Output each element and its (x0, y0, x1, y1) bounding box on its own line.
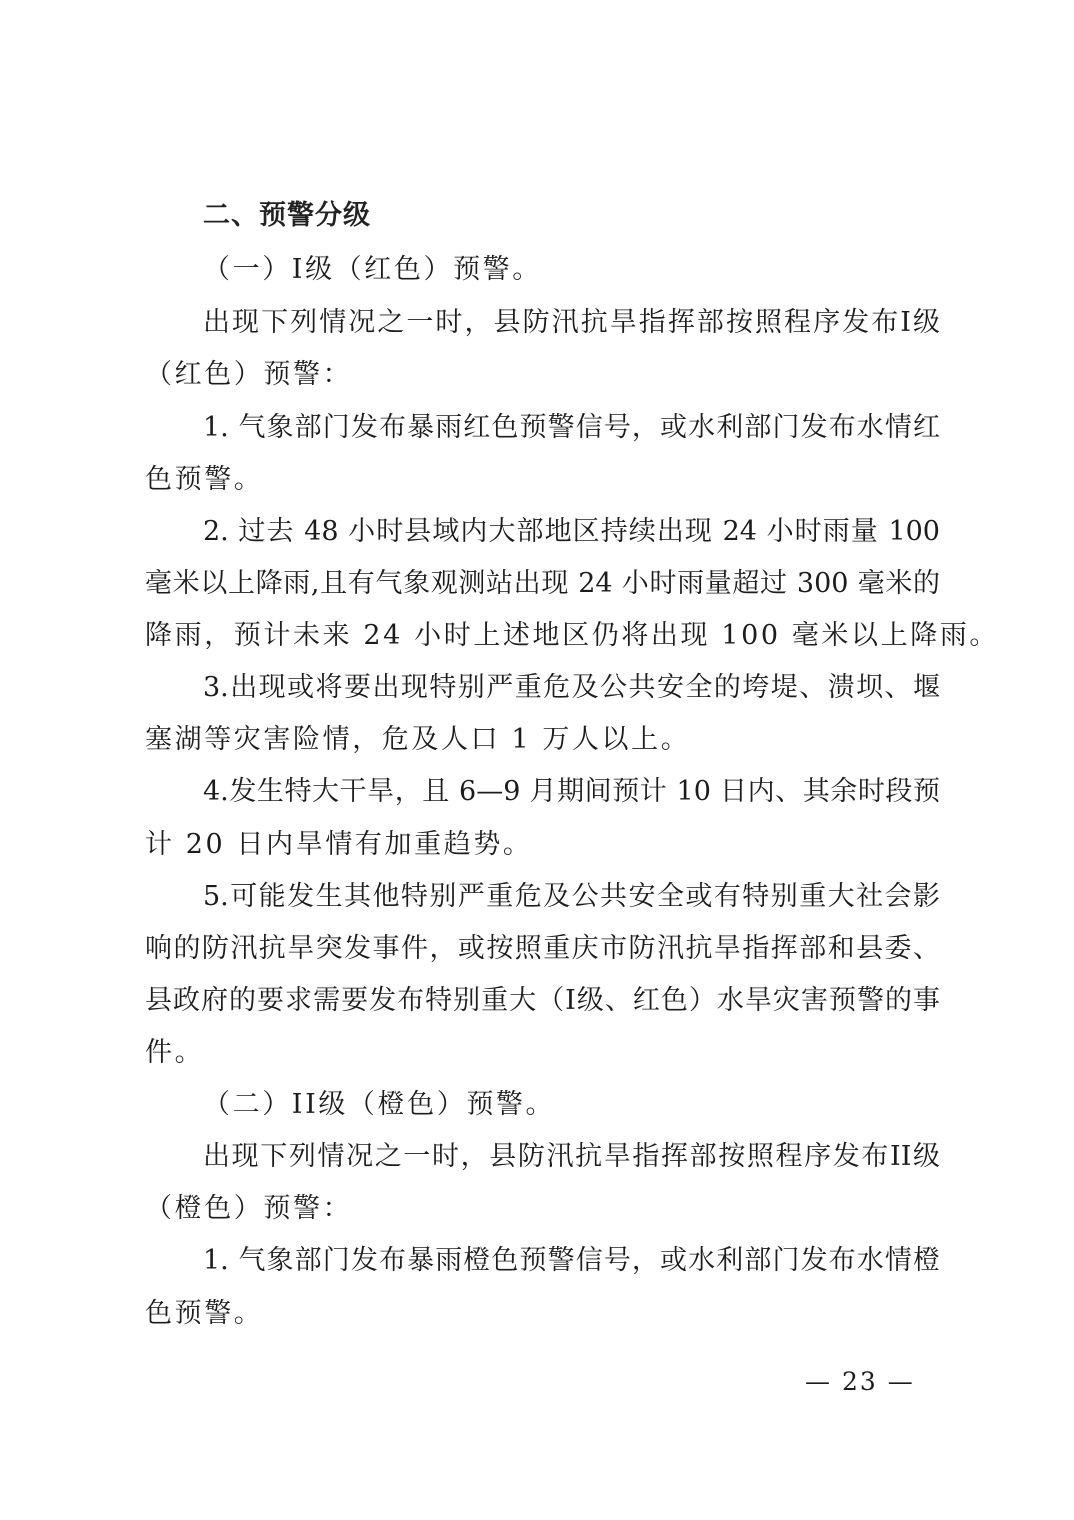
level1-item4-line-1: 4.发生特大干旱，且 6—9 月期间预计 10 日内、其余时段预 (203, 772, 940, 812)
level1-item1-line-1: 1. 气象部门发布暴雨红色预警信号，或水利部门发布水情红 (203, 408, 940, 448)
level2-title: （二）II级（橙色）预警。 (203, 1085, 1003, 1125)
level1-item2-line-3: 降雨，预计未来 24 小时上述地区仍将出现 100 毫米以上降雨。 (145, 616, 945, 656)
level2-intro-line-1: 出现下列情况之一时，县防汛抗旱指挥部按照程序发布II级 (203, 1137, 940, 1177)
level2-intro-line-2: （橙色）预警： (145, 1189, 945, 1229)
level1-item5-line-4: 件。 (145, 1033, 945, 1073)
level1-item1-line-2: 色预警。 (145, 460, 945, 500)
document-page: 二、预警分级 （一）I级（红色）预警。 出现下列情况之一时，县防汛抗旱指挥部按照… (0, 0, 1074, 1520)
section-heading: 二、预警分级 (203, 196, 1003, 236)
level1-item2-line-1: 2. 过去 48 小时县域内大部地区持续出现 24 小时雨量 100 (203, 512, 940, 552)
level1-item5-line-3: 县政府的要求需要发布特别重大（I级、红色）水旱灾害预警的事 (145, 981, 940, 1021)
level1-intro-line-2: （红色）预警： (145, 355, 945, 395)
level1-item3-line-1: 3.出现或将要出现特别严重危及公共安全的垮堤、溃坝、堰 (203, 668, 940, 708)
level2-item1-line-1: 1. 气象部门发布暴雨橙色预警信号，或水利部门发布水情橙 (203, 1241, 940, 1281)
level1-item5-line-1: 5.可能发生其他特别严重危及公共安全或有特别重大社会影 (203, 877, 940, 917)
level1-item2-line-2: 毫米以上降雨,且有气象观测站出现 24 小时雨量超过 300 毫米的 (145, 564, 940, 604)
level1-intro-line-1: 出现下列情况之一时，县防汛抗旱指挥部按照程序发布I级 (203, 303, 940, 343)
level2-item1-line-2: 色预警。 (145, 1294, 945, 1334)
level1-item4-line-2: 计 20 日内旱情有加重趋势。 (145, 825, 945, 865)
level1-item3-line-2: 塞湖等灾害险情，危及人口 1 万人以上。 (145, 720, 945, 760)
level1-item5-line-2: 响的防汛抗旱突发事件，或按照重庆市防汛抗旱指挥部和县委、 (145, 929, 940, 969)
level1-title: （一）I级（红色）预警。 (203, 250, 1003, 290)
page-number: — 23 — (805, 1362, 915, 1402)
